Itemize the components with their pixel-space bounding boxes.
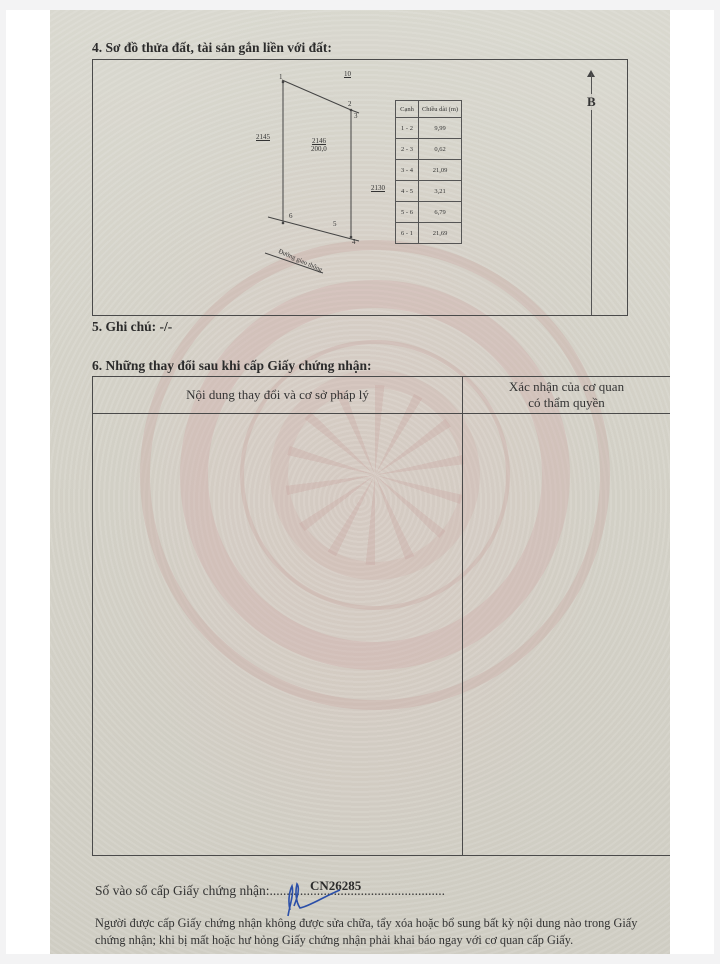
changes-table: Nội dung thay đổi và cơ sở pháp lý Xác n… xyxy=(92,376,670,856)
certificate-page: 4. Sơ đồ thửa đất, tài sản gắn liền với … xyxy=(50,10,670,954)
length-header: Chiều dài (m) xyxy=(419,101,462,118)
registration-label: Số vào sổ cấp Giấy chứng nhận: xyxy=(95,883,270,898)
neighbor-parcel-left: 2145 xyxy=(256,133,270,141)
neighbor-parcel-right: 2130 xyxy=(371,184,385,192)
vertex-2-label: 2 xyxy=(348,100,352,108)
table-row: 4 - 53,21 xyxy=(396,181,462,202)
vertex-3-label: 3 xyxy=(354,112,358,120)
north-label: B xyxy=(587,94,596,110)
parcel-drawing xyxy=(93,60,627,315)
parcel-diagram: 1 2 3 4 5 6 10 2145 2146 200,0 2130 Đườn… xyxy=(92,59,628,316)
registration-line: Số vào sổ cấp Giấy chứng nhận:..........… xyxy=(95,883,445,899)
table-row: 6 - 121,69 xyxy=(396,223,462,244)
table-row: 5 - 66,79 xyxy=(396,202,462,223)
section-4-title: 4. Sơ đồ thửa đất, tài sản gắn liền với … xyxy=(92,40,332,56)
table-row: 3 - 421,09 xyxy=(396,160,462,181)
edge-length-table: Cạnh Chiều dài (m) 1 - 29,99 2 - 30,62 3… xyxy=(395,100,462,244)
vertex-4-label: 4 xyxy=(352,238,356,246)
section-5-title: 5. Ghi chú: -/- xyxy=(92,319,172,335)
legal-notice: Người được cấp Giấy chứng nhận không đượ… xyxy=(95,915,655,949)
neighbor-parcel-top: 10 xyxy=(344,70,351,78)
edge-header: Cạnh xyxy=(396,101,419,118)
vertex-5-label: 5 xyxy=(333,220,337,228)
changes-table-header: Nội dung thay đổi và cơ sở pháp lý Xác n… xyxy=(93,377,670,414)
column-header-confirmation: Xác nhận của cơ quan có thẩm quyền xyxy=(463,379,670,411)
main-parcel-id: 2146 xyxy=(312,137,326,145)
vertex-6-label: 6 xyxy=(289,212,293,220)
north-arrow: B xyxy=(577,70,607,315)
table-row: 2 - 30,62 xyxy=(396,139,462,160)
main-parcel-area: 200,0 xyxy=(311,145,327,153)
column-divider xyxy=(462,377,463,855)
vertex-1-label: 1 xyxy=(279,73,283,81)
section-6-title: 6. Những thay đổi sau khi cấp Giấy chứng… xyxy=(92,358,372,374)
column-header-content: Nội dung thay đổi và cơ sở pháp lý xyxy=(93,387,462,403)
table-row: 1 - 29,99 xyxy=(396,118,462,139)
